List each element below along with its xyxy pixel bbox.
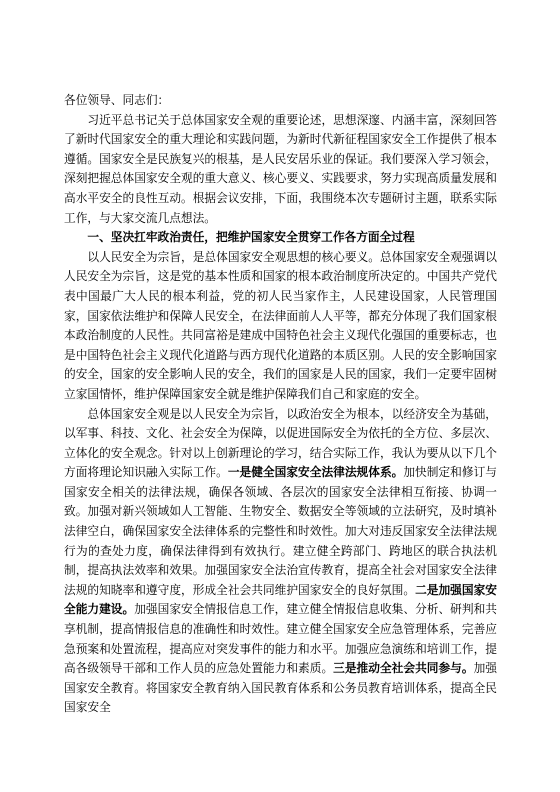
document-body: 各位领导、同志们：习近平总书记关于总体国家安全观的重要论述，思想深邃、内涵丰富，… [64,91,497,718]
paragraph-3: 以人民安全为宗旨，是总体国家安全观思想的核心要义。总体国家安全观强调以人民安全为… [64,248,497,405]
text-run: 一是健全国家安全法律法规体系。 [228,466,404,479]
text-run: 以人民安全为宗旨，是总体国家安全观思想的核心要义。总体国家安全观强调以人民安全为… [64,251,497,401]
text-run: 三是推动全社会共同参与。 [333,662,473,675]
text-run: 加快制定和修订与国家安全相关的法律法规，确保各领域、各层次的国家安全法律相互衔接… [64,466,497,597]
text-run: 各位领导、同志们： [64,94,169,107]
section-heading: 一、坚决扛牢政治责任，把维护国家安全贯穿工作各方面全过程 [64,228,497,248]
text-run: 一、坚决扛牢政治责任，把维护国家安全贯穿工作各方面全过程 [87,231,414,244]
document-page: 各位领导、同志们：习近平总书记关于总体国家安全观的重要论述，思想深邃、内涵丰富，… [0,0,560,792]
paragraph-1: 习近平总书记关于总体国家安全观的重要论述，思想深邃、内涵丰富，深刻回答了新时代国… [64,111,497,229]
paragraph-4: 总体国家安全观是以人民安全为宗旨，以政治安全为根本，以经济安全为基础，以军事、科… [64,405,497,719]
salutation: 各位领导、同志们： [64,91,497,111]
text-run: 习近平总书记关于总体国家安全观的重要论述，思想深邃、内涵丰富，深刻回答了新时代国… [64,114,497,225]
